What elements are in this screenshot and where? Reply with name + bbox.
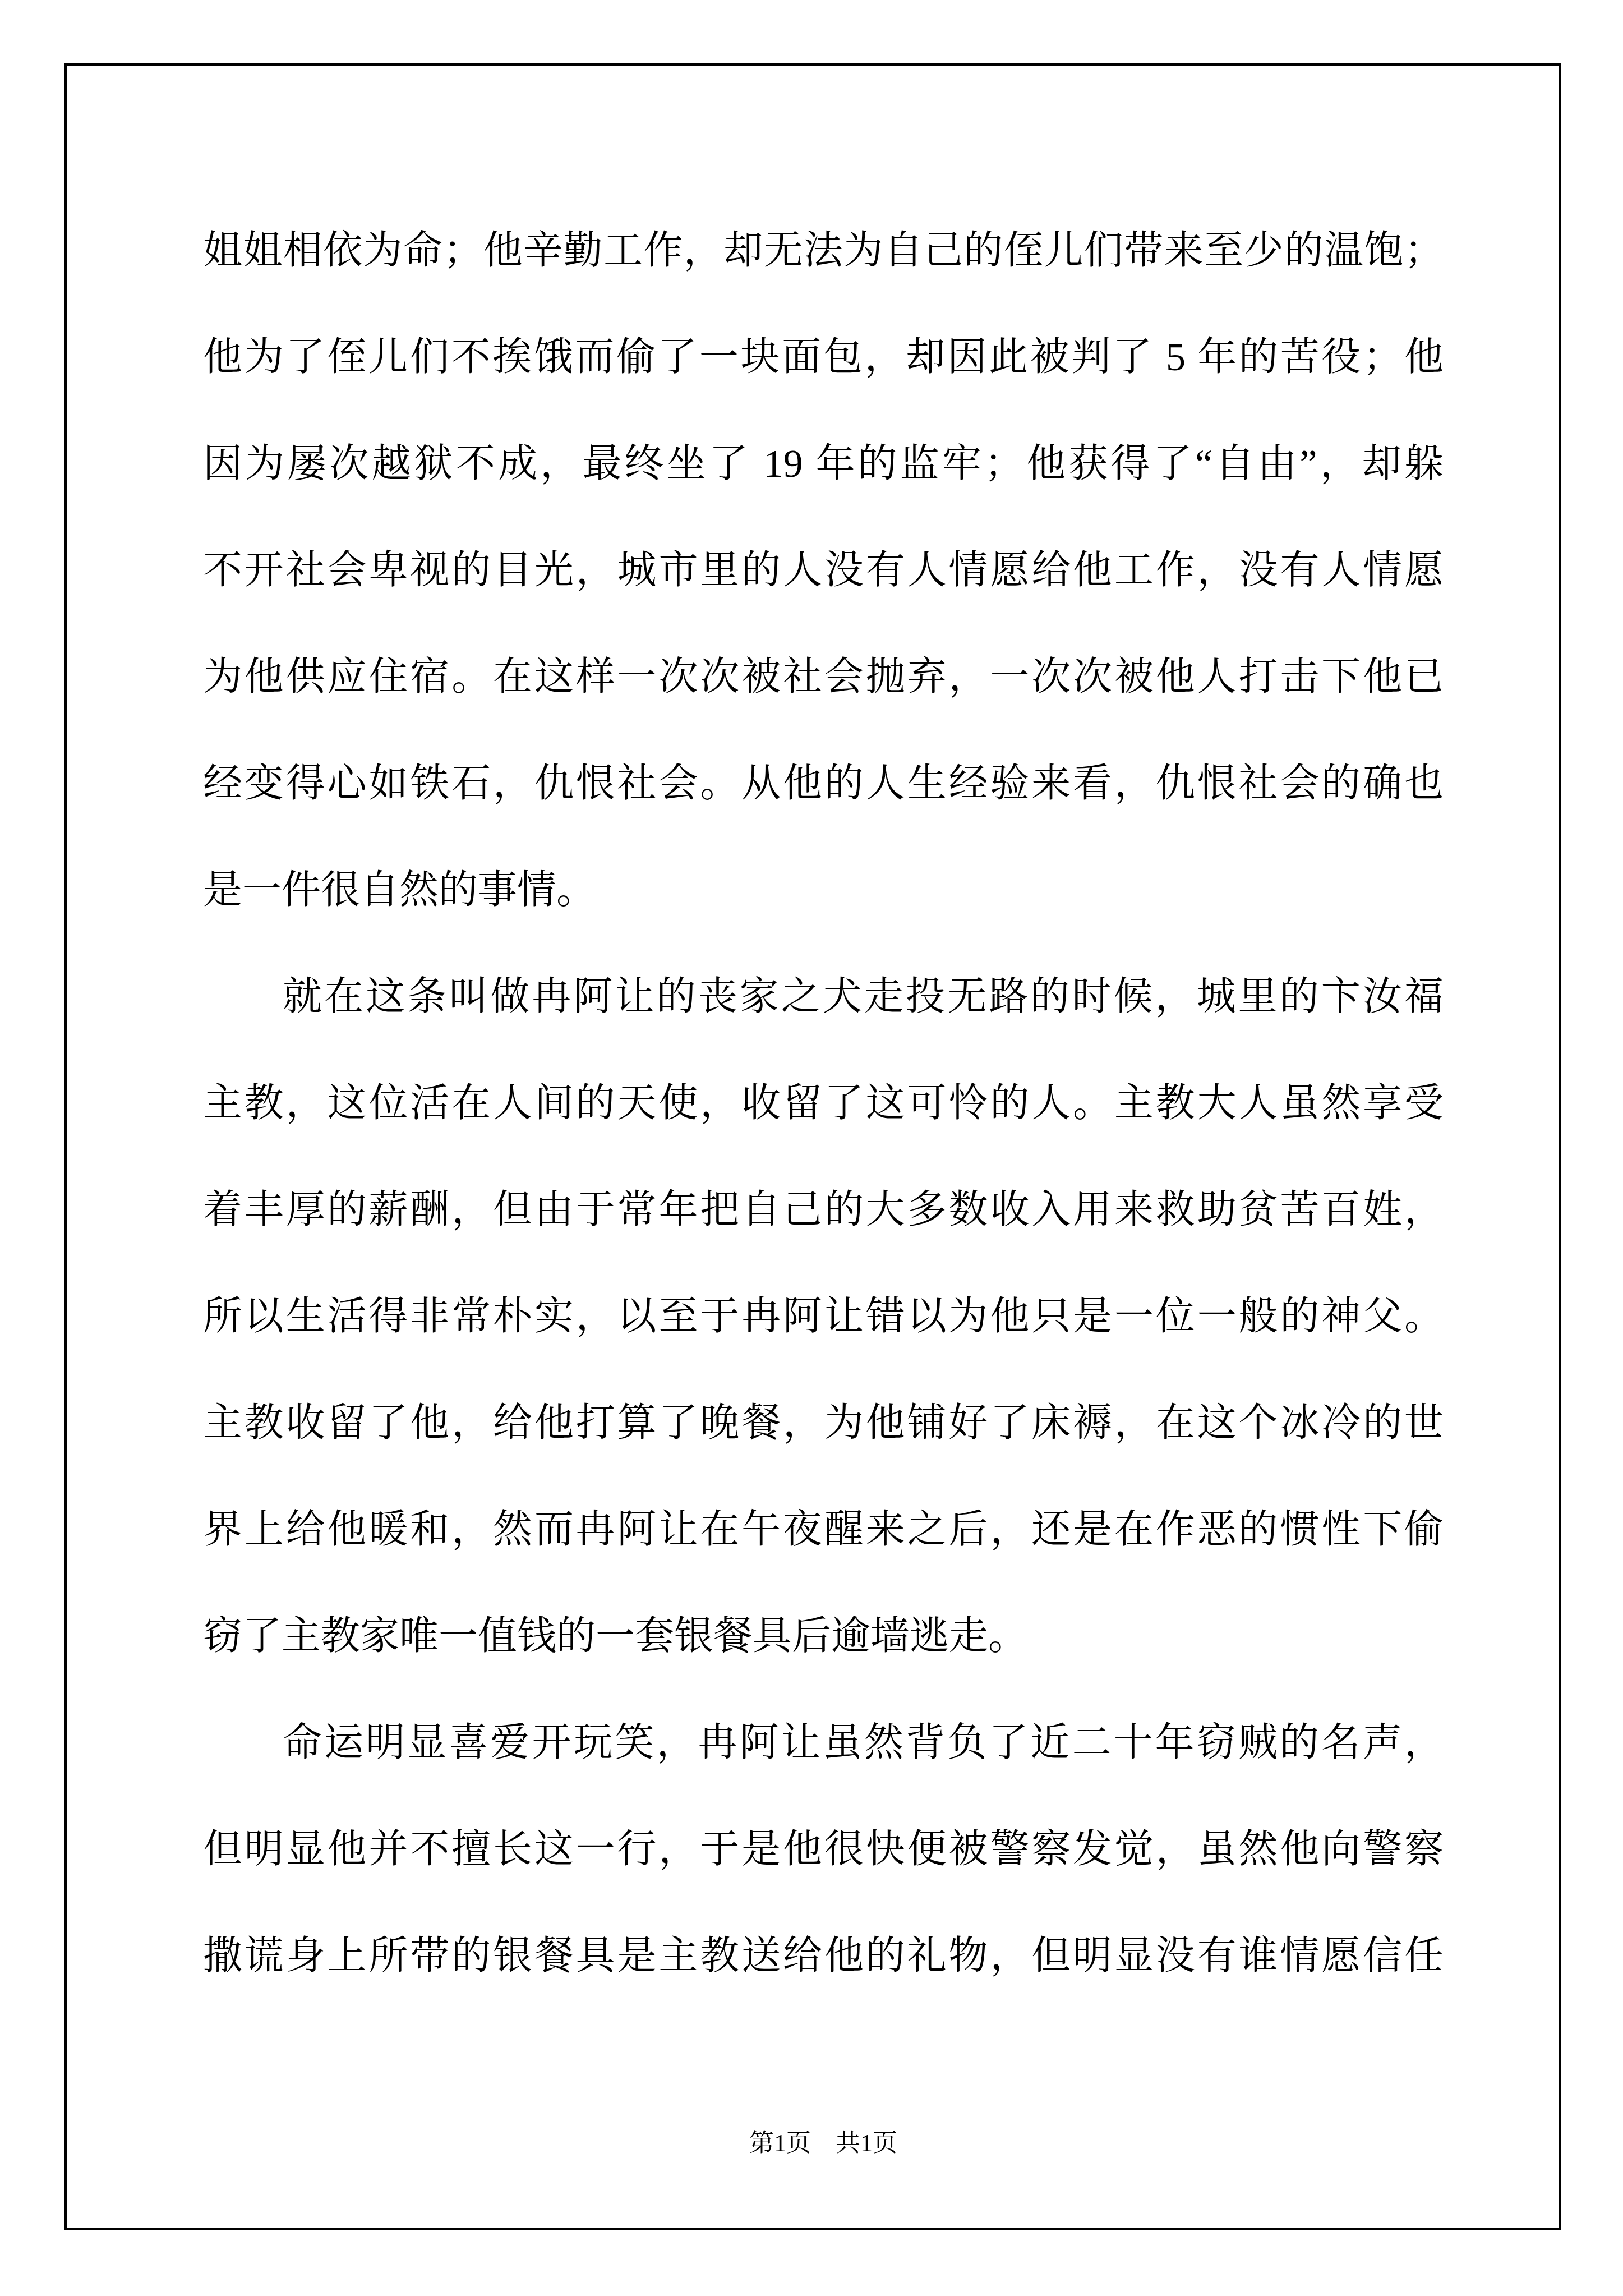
text-line: 撒谎身上所带的银餐具是主教送给他的礼物，但明显没有谁情愿信任: [203, 1903, 1444, 2010]
text-line: 为他供应住宿。在这样一次次被社会抛弃，一次次被他人打击下他已: [203, 624, 1444, 731]
text-line: 经变得心如铁石，仇恨社会。从他的人生经验来看，仇恨社会的确也: [203, 731, 1444, 838]
text-line: 着丰厚的薪酬，但由于常年把自己的大多数收入用来救助贫苦百姓，: [203, 1157, 1444, 1264]
text-line: 姐姐相依为命；他辛勤工作，却无法为自己的侄儿们带来至少的温饱；: [203, 198, 1444, 305]
text-line: 就在这条叫做冉阿让的丧家之犬走投无路的时候，城里的卞汝福: [203, 944, 1444, 1051]
body-text: 姐姐相依为命；他辛勤工作，却无法为自己的侄儿们带来至少的温饱；他为了侄儿们不挨饿…: [203, 198, 1444, 2010]
text-line: 主教收留了他，给他打算了晚餐，为他铺好了床褥，在这个冰冷的世: [203, 1370, 1444, 1477]
text-line: 但明显他并不擅长这一行，于是他很快便被警察发觉，虽然他向警察: [203, 1797, 1444, 1903]
document-page: { "document": { "kind": "word-style page…: [0, 0, 1623, 2296]
text-line: 他为了侄儿们不挨饿而偷了一块面包，却因此被判了 5 年的苦役；他: [203, 305, 1444, 411]
page-number-label: 第1页 共1页: [749, 2129, 897, 2157]
text-line: 主教，这位活在人间的天使，收留了这可怜的人。主教大人虽然享受: [203, 1051, 1444, 1157]
text-line: 不开社会卑视的目光，城市里的人没有人情愿给他工作，没有人情愿: [203, 518, 1444, 624]
text-line: 因为屡次越狱不成，最终坐了 19 年的监牢；他获得了“自由”，却躲: [203, 411, 1444, 518]
text-line: 命运明显喜爱开玩笑，冉阿让虽然背负了近二十年窃贼的名声，: [203, 1690, 1444, 1797]
text-line: 窃了主教家唯一值钱的一套银餐具后逾墙逃走。: [203, 1584, 1444, 1690]
text-line: 是一件很自然的事情。: [203, 838, 1444, 944]
text-line: 界上给他暖和，然而冉阿让在午夜醒来之后，还是在作恶的惯性下偷: [203, 1477, 1444, 1584]
page-footer: 第1页 共1页: [203, 2128, 1444, 2159]
text-line: 所以生活得非常朴实，以至于冉阿让错以为他只是一位一般的神父。: [203, 1264, 1444, 1370]
